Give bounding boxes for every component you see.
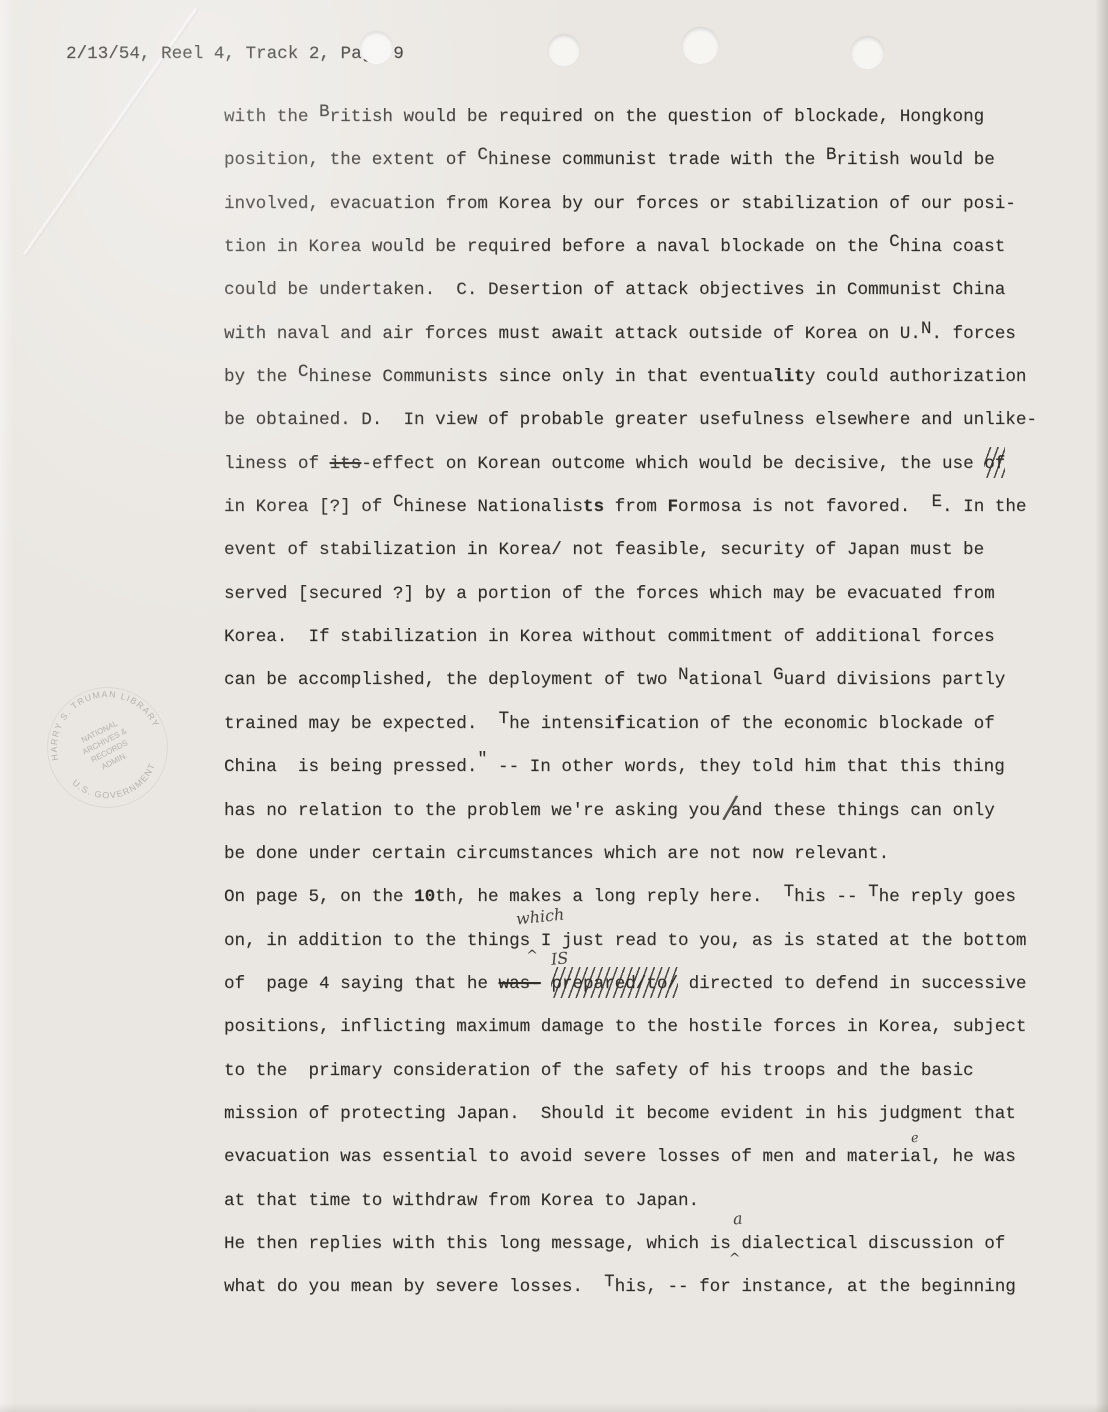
- truman-library-stamp: HARRY S. TRUMAN LIBRARY U.S. GOVERNMENT …: [23, 663, 192, 832]
- text-run: at that time to withdraw from Korea to J…: [224, 1191, 699, 1211]
- text-run: served [secured ?] by a portion of the f…: [224, 584, 995, 604]
- text-line: in Korea [?] of Chinese Nationalists fro…: [224, 486, 1064, 529]
- text-run: . In the: [942, 497, 1026, 517]
- text-line: involved, evacuation from Korea by our f…: [224, 183, 1064, 226]
- text-line: be done under certain circumstances whic…: [224, 833, 1064, 876]
- text-run: T: [868, 882, 879, 902]
- text-line: by the Chinese Communists since only in …: [224, 356, 1064, 399]
- text-run: F: [667, 497, 678, 517]
- text-line: Korea. If stabilization in Korea without…: [224, 616, 1064, 659]
- punch-hole: [682, 27, 719, 64]
- text-run: in Korea [?] of: [224, 497, 393, 517]
- text-line: served [secured ?] by a portion of the f…: [224, 573, 1064, 616]
- text-run: ts: [583, 497, 604, 517]
- text-run: could be undertaken. C. Desertion of att…: [224, 280, 1005, 300]
- text-run: tion in Korea would be required before a…: [224, 237, 889, 257]
- text-line: tion in Korea would be required before a…: [224, 226, 1064, 269]
- text-line: On page 5, on the 10th, he makes a long …: [224, 876, 1064, 919]
- text-line: to the primary consideration of the safe…: [224, 1050, 1064, 1093]
- text-run: its: [330, 454, 362, 474]
- text-run: hina coast: [900, 237, 1006, 257]
- text-run: B: [826, 145, 837, 165]
- text-run: by the: [224, 367, 298, 387]
- text-run: has no relation to the problem we're ask…: [224, 801, 731, 821]
- text-run: liness of: [224, 454, 330, 474]
- text-line: liness of its-effect on Korean outcome w…: [224, 443, 1064, 486]
- text-run: E: [931, 492, 942, 512]
- punch-hole: [360, 31, 393, 64]
- text-run: f: [615, 714, 626, 734]
- scanned-document-page: { "header": { "text": "2/13/54, Reel 4, …: [0, 0, 1108, 1412]
- text-run: hinese Nationalis: [404, 497, 584, 517]
- text-line: at that time to withdraw from Korea to J…: [224, 1180, 1064, 1223]
- punch-hole: [548, 34, 580, 66]
- text-run: On page 5, on the: [224, 887, 414, 907]
- text-run: 10: [414, 887, 435, 907]
- text-run: hinese communist trade with the: [488, 150, 826, 170]
- text-run: dialectical discussion of: [731, 1234, 1006, 1254]
- text-run: prepared/to/: [551, 963, 678, 1006]
- text-run: T: [784, 882, 795, 902]
- text-run: event of stabilization in Korea/ not fea…: [224, 540, 984, 560]
- text-run: ational: [689, 670, 773, 690]
- text-run: B: [319, 102, 330, 122]
- text-run: C: [298, 362, 309, 382]
- text-run: ication of the economic blockade of: [625, 714, 995, 734]
- text-run: he intensi: [509, 714, 615, 734]
- stamp-center-text: NATIONAL ARCHIVES & RECORDS ADMIN.: [76, 716, 139, 776]
- text-run: C: [477, 145, 488, 165]
- text-run: Korea. If stabilization in Korea without…: [224, 627, 995, 647]
- text-run: he reply goes: [879, 887, 1016, 907]
- text-line: what do you mean by severe losses. This,…: [224, 1266, 1064, 1309]
- text-line: positions, inflicting maximum damage to …: [224, 1006, 1064, 1049]
- text-line: with the British would be required on th…: [224, 96, 1064, 139]
- text-run: G: [773, 665, 784, 685]
- text-run: trained may be expected.: [224, 714, 499, 734]
- text-run: I just read to you, as is stated at the …: [530, 931, 1026, 951]
- text-run: can be accomplished, the deployment of t…: [224, 670, 678, 690]
- text-run: C: [889, 232, 900, 252]
- text-run: uard divisions partly: [784, 670, 1006, 690]
- text-run: and these things can only: [731, 801, 995, 821]
- text-run: y could authorization: [805, 367, 1027, 387]
- text-run: with the: [224, 107, 319, 127]
- text-run: what do you mean by severe losses.: [224, 1277, 604, 1297]
- text-run: of page 4 saying that he: [224, 974, 499, 994]
- text-run: be obtained. D. In view of probable grea…: [224, 410, 1037, 430]
- text-run: T: [604, 1272, 615, 1292]
- text-line: China is being pressed." -- In other wor…: [224, 746, 1064, 789]
- text-run: lit: [773, 367, 805, 387]
- text-run: He then replies with this long message, …: [224, 1234, 731, 1254]
- text-run: mission of protecting Japan. Should it b…: [224, 1104, 1016, 1124]
- text-run: N: [921, 319, 932, 339]
- text-line: trained may be expected. The intensifica…: [224, 703, 1064, 746]
- text-run: directed to defend in successive: [678, 974, 1026, 994]
- text-run: involved, evacuation from Korea by our f…: [224, 194, 1016, 214]
- text-run: China is being pressed.: [224, 757, 477, 777]
- text-run: his, -- for instance, at the beginning: [615, 1277, 1016, 1297]
- text-run: on, in addition to the things: [224, 931, 530, 951]
- text-run: C: [393, 492, 404, 512]
- punch-hole: [851, 36, 884, 69]
- text-line: event of stabilization in Korea/ not fea…: [224, 529, 1064, 572]
- text-line: has no relation to the problem we're ask…: [224, 790, 1064, 833]
- text-run: [541, 974, 552, 994]
- page-header: 2/13/54, Reel 4, Track 2, Page 9: [66, 44, 404, 64]
- document-body: with the British would be required on th…: [224, 96, 1064, 1310]
- text-run: ormosa is not favored.: [678, 497, 931, 517]
- text-run: from: [604, 497, 667, 517]
- text-line: mission of protecting Japan. Should it b…: [224, 1093, 1064, 1136]
- text-line: on, in addition to the thingswhich^ I ju…: [224, 920, 1064, 963]
- text-run: T: [499, 709, 510, 729]
- text-line: He then replies with this long message, …: [224, 1223, 1064, 1266]
- text-run: th, he makes a long reply here.: [435, 887, 783, 907]
- text-run: ": [477, 750, 487, 769]
- text-line: be obtained. D. In view of probable grea…: [224, 399, 1064, 442]
- text-run: N: [678, 665, 689, 685]
- text-run: positions, inflicting maximum damage to …: [224, 1017, 1026, 1037]
- text-run: his --: [794, 887, 868, 907]
- text-run: with naval and air forces must await att…: [224, 324, 921, 344]
- text-run: be done under certain circumstances whic…: [224, 844, 889, 864]
- text-run: of: [984, 443, 1005, 486]
- text-run: -effect on Korean outcome which would be…: [361, 454, 984, 474]
- text-line: evacuation was essential to avoid severe…: [224, 1136, 1064, 1179]
- text-run: hinese Communists since only in that eve…: [308, 367, 773, 387]
- text-run: to the primary consideration of the safe…: [224, 1061, 974, 1081]
- text-line: can be accomplished, the deployment of t…: [224, 659, 1064, 702]
- text-run: position, the extent of: [224, 150, 477, 170]
- text-line: position, the extent of Chinese communis…: [224, 139, 1064, 182]
- text-run: . forces: [931, 324, 1015, 344]
- text-line: could be undertaken. C. Desertion of att…: [224, 269, 1064, 312]
- text-run: was-: [499, 974, 541, 994]
- text-run: ritish would be: [836, 150, 994, 170]
- text-run: al, he was: [910, 1147, 1016, 1167]
- text-run: evacuation was essential to avoid severe…: [224, 1147, 910, 1167]
- text-run: -- In other words, they told him that th…: [487, 757, 1004, 777]
- text-line: of page 4 saying that he was- ISprepared…: [224, 963, 1064, 1006]
- text-run: ritish would be required on the question…: [330, 107, 985, 127]
- text-line: with naval and air forces must await att…: [224, 313, 1064, 356]
